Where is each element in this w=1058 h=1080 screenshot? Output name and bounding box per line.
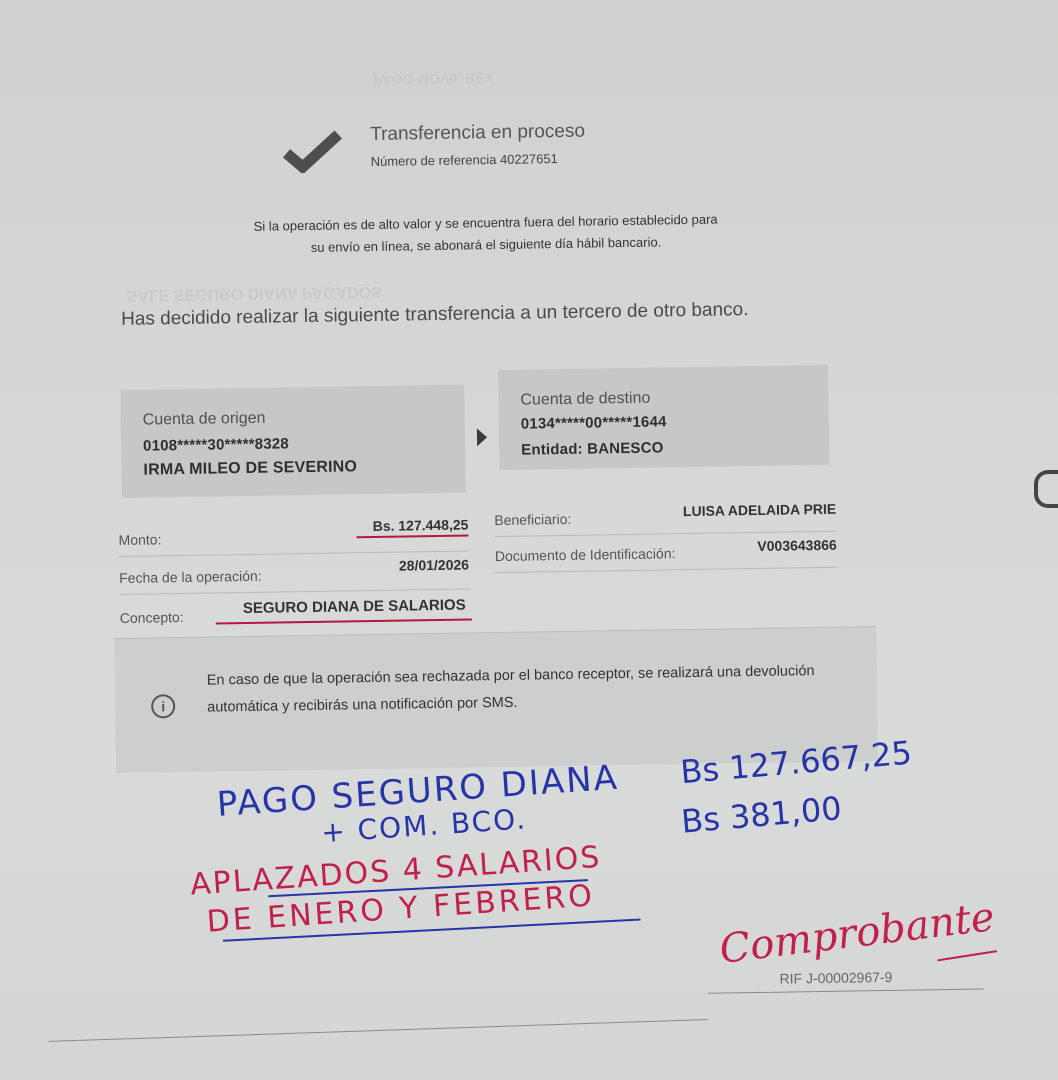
- check-icon: [282, 128, 343, 173]
- origin-holder: IRMA MILEO DE SEVERINO: [143, 458, 357, 479]
- amount-value: Bs. 127.448,25: [373, 517, 469, 535]
- red-arrow-stroke: [937, 950, 997, 961]
- status-title: Transferencia en proceso: [370, 121, 585, 146]
- concept-value: SEGURO DIANA DE SALARIOS: [243, 597, 466, 617]
- concept-label: Concepto:: [120, 609, 184, 626]
- id-document-row: Documento de Identificación: V003643866: [495, 537, 837, 572]
- reference-number: Número de referencia 40227651: [371, 151, 558, 169]
- edge-artifact: [1034, 470, 1058, 508]
- divider: [119, 588, 469, 594]
- destination-account-number: 0134*****00*****1644: [521, 413, 667, 432]
- date-row: Fecha de la operación: 28/01/2026: [119, 558, 469, 593]
- arrow-right-icon: [477, 428, 487, 446]
- origin-account-number: 0108*****30*****8328: [143, 435, 289, 454]
- reference-label: Número de referencia: [371, 152, 497, 169]
- red-underline: [216, 618, 472, 624]
- id-document-value: V003643866: [757, 537, 837, 554]
- destination-entity: Entidad: BANESCO: [521, 439, 664, 458]
- info-icon: i: [151, 694, 175, 718]
- beneficiary-label: Beneficiario:: [494, 511, 571, 528]
- bleed-through-text: SALE SEGURO DIANA PAGADOS: [127, 282, 382, 304]
- amount-label: Monto:: [118, 531, 161, 548]
- concept-row: Concepto: SEGURO DIANA DE SALARIOS: [120, 598, 472, 634]
- origin-label: Cuenta de origen: [143, 410, 266, 430]
- rif-number: RIF J-00002967-9: [779, 969, 892, 987]
- bleed-through-text: PAGO MOVIL REX: [373, 70, 494, 88]
- high-value-notice: Si la operación es de alto valor y se en…: [196, 208, 777, 261]
- receipt-paper: PAGO MOVIL REX SALE SEGURO DIANA PAGADOS…: [0, 0, 1058, 1080]
- handwritten-signature: Comprobante: [717, 894, 997, 973]
- signature-line: [708, 988, 984, 993]
- origin-account-card: Cuenta de origen 0108*****30*****8328 IR…: [120, 385, 466, 498]
- beneficiary-value: LUISA ADELAIDA PRIE: [683, 501, 836, 519]
- amount-row: Monto: Bs. 127.448,25: [118, 522, 468, 557]
- beneficiary-row: Beneficiario: LUISA ADELAIDA PRIE: [494, 501, 836, 536]
- divider: [495, 531, 837, 537]
- destination-label: Cuenta de destino: [520, 390, 650, 410]
- divider: [495, 567, 837, 573]
- red-underline: [357, 534, 469, 538]
- handwritten-commission-amount: Bs 381,00: [680, 789, 843, 841]
- destination-account-card: Cuenta de destino 0134*****00*****1644 E…: [498, 365, 830, 470]
- reference-value: 40227651: [500, 151, 558, 167]
- date-label: Fecha de la operación:: [119, 568, 262, 586]
- rejection-info-text: En caso de que la operación sea rechazad…: [207, 658, 848, 722]
- date-value: 28/01/2026: [399, 556, 469, 573]
- divider: [119, 550, 469, 556]
- id-document-label: Documento de Identificación:: [495, 545, 676, 564]
- footer-divider: [48, 1019, 708, 1042]
